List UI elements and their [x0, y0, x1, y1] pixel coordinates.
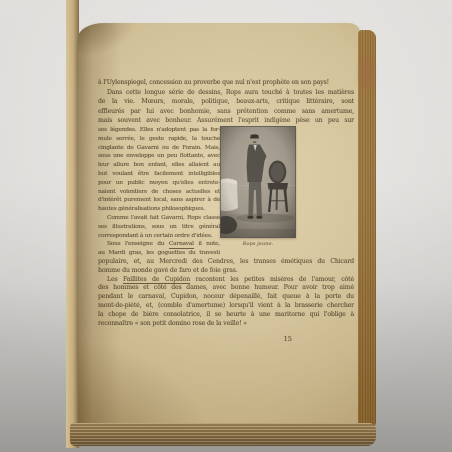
text-line: cinglante de Gavarni ou de Forain. Mais, — [98, 144, 220, 153]
text-and-figure-row: ses légendes. Elles n'adoptent pas la fo… — [98, 126, 354, 258]
page-number: 15 — [98, 335, 354, 343]
page-fore-edge — [358, 30, 376, 428]
text-line: de la vie. Mœurs, morale, politique, bea… — [98, 97, 354, 107]
text-line: leur allure bon enfant, elles allaient a… — [98, 161, 220, 170]
paragraph-block-column: ses légendes. Elles n'adoptent pas la fo… — [98, 126, 220, 258]
text-line: mont-de-piété, et, (comble d'amertume) l… — [98, 302, 354, 311]
text-line: correspondant à un certain ordre d'idées… — [98, 232, 220, 241]
text-line: naient volontiers de choses actuelles et — [98, 188, 220, 197]
text-line: mule serrée, le geste rapide, la touche — [98, 135, 220, 144]
text-line: Sous l'enseigne du Carnaval il note, — [98, 240, 220, 249]
text-line: homme du monde gavé de faro et de foie g… — [98, 267, 354, 276]
text-line: à l'Uylenspiegel, concession au proverbe… — [98, 78, 354, 88]
foxing-stain — [360, 56, 373, 90]
text-line: sous une enveloppe un peu flottante, ave… — [98, 152, 220, 161]
text-line: ses illustrations, sous un titre général — [98, 223, 220, 232]
book-page: à l'Uylenspiegel, concession au proverbe… — [78, 23, 360, 426]
text-line: la chope de bière consolatrice, il se he… — [98, 311, 354, 320]
text-line: effleurés par lui avec bonhomie, sans pr… — [98, 107, 354, 117]
text-line: Comme l'avait fait Gavarni, Rops classe — [98, 214, 220, 223]
page-bottom-edges — [70, 423, 376, 446]
text-line: des hommes et côté des dames, avec bonne… — [98, 284, 354, 293]
text-line: populaire, et, au Mercredi des Cendres, … — [98, 258, 354, 267]
text-line: pendant le carnaval, Cupidon, noceur dép… — [98, 293, 354, 302]
figure-rops-portrait: Rops jeune. — [220, 126, 296, 247]
text-line: ses légendes. Elles n'adoptent pas la fo… — [98, 126, 220, 135]
paragraph-block-bottom: populaire, et, au Mercredi des Cendres, … — [98, 258, 354, 328]
text-line: but voulant être facilement intelligible… — [98, 170, 220, 179]
text-line: reconnaître « son petit domino rose de l… — [98, 320, 354, 329]
figure-caption: Rops jeune. — [220, 241, 296, 247]
book-photograph: à l'Uylenspiegel, concession au proverbe… — [0, 0, 452, 452]
text-line: Les Faillites de Cupidon racontent les p… — [98, 276, 354, 285]
text-line: mais souvent avec bonheur. Assurément l'… — [98, 116, 354, 126]
text-line: au Mardi gras, les goguettes du travesti — [98, 249, 220, 258]
rops-young-portrait-photo — [220, 126, 296, 238]
text-line: hautes généralisations philosophiques. — [98, 205, 220, 214]
text-line: d'intérêt purement local, sans aspirer à… — [98, 196, 220, 205]
page-text-block: à l'Uylenspiegel, concession au proverbe… — [98, 78, 354, 343]
paragraph-block-top: à l'Uylenspiegel, concession au proverbe… — [98, 78, 354, 126]
text-line: pour un public moyen qu'elles entrete- — [98, 179, 220, 188]
text-line: Dans cette longue série de dessins, Rops… — [98, 88, 354, 98]
